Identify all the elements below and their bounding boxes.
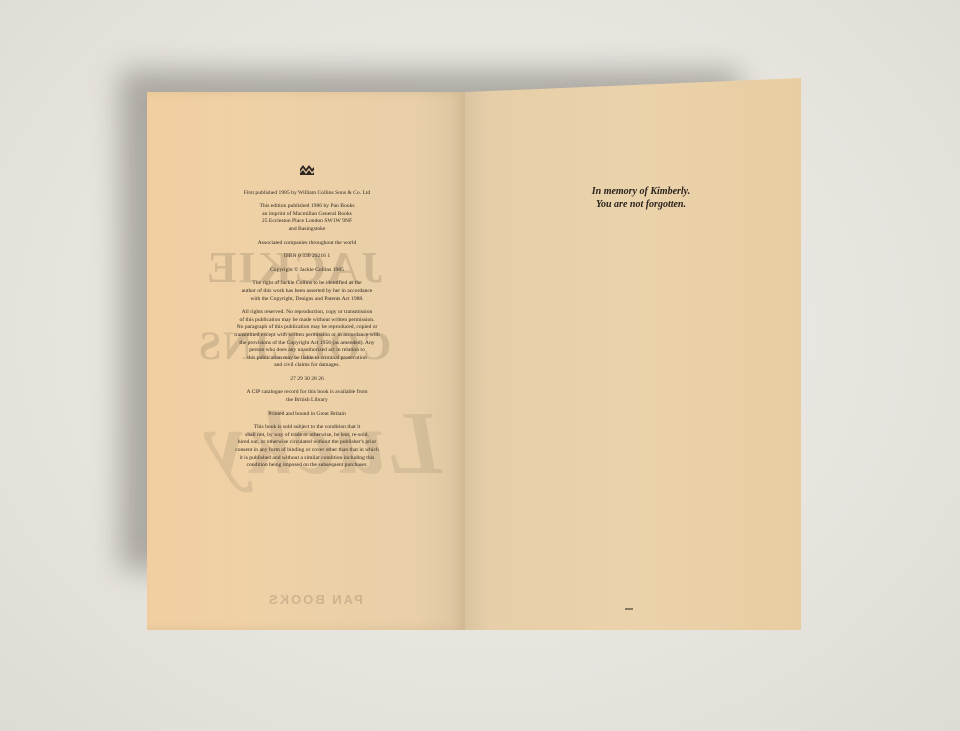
printed-in: Printed and bound in Great Britain — [207, 411, 407, 419]
first-published: First published 1985 by William Collins … — [207, 190, 407, 198]
page-mark — [625, 608, 633, 610]
dedication: In memory of Kimberly. You are not forgo… — [541, 185, 741, 211]
moral-rights: The right of Jackie Collins to be identi… — [207, 280, 407, 303]
copyright-page: JACKIE COLLINS Lucky PAN BOOKS First pub… — [147, 92, 465, 630]
dedication-page: In memory of Kimberly. You are not forgo… — [465, 78, 801, 630]
rights-reserved: All rights reserved. No reproduction, co… — [207, 309, 407, 370]
dedication-line-1: In memory of Kimberly. — [541, 185, 741, 198]
open-book: JACKIE COLLINS Lucky PAN BOOKS First pub… — [0, 0, 960, 731]
print-line: 27 29 30 28 26 — [207, 376, 407, 384]
sale-conditions: This book is sold subject to the conditi… — [207, 424, 407, 470]
copyright: Copyright © Jackie Collins 1985 — [207, 267, 407, 275]
edition-info: This edition published 1986 by Pan Books… — [207, 203, 407, 233]
imprint-block: First published 1985 by William Collins … — [207, 164, 407, 476]
dedication-line-2: You are not forgotten. — [541, 198, 741, 211]
isbn: ISBN 0 330 29216 1 — [207, 253, 407, 261]
associated-companies: Associated companies throughout the worl… — [207, 240, 407, 248]
cip-record: A CIP catalogue record for this book is … — [207, 389, 407, 404]
pan-macmillan-logo-icon — [299, 164, 315, 176]
show-through-publisher: PAN BOOKS — [267, 592, 363, 607]
